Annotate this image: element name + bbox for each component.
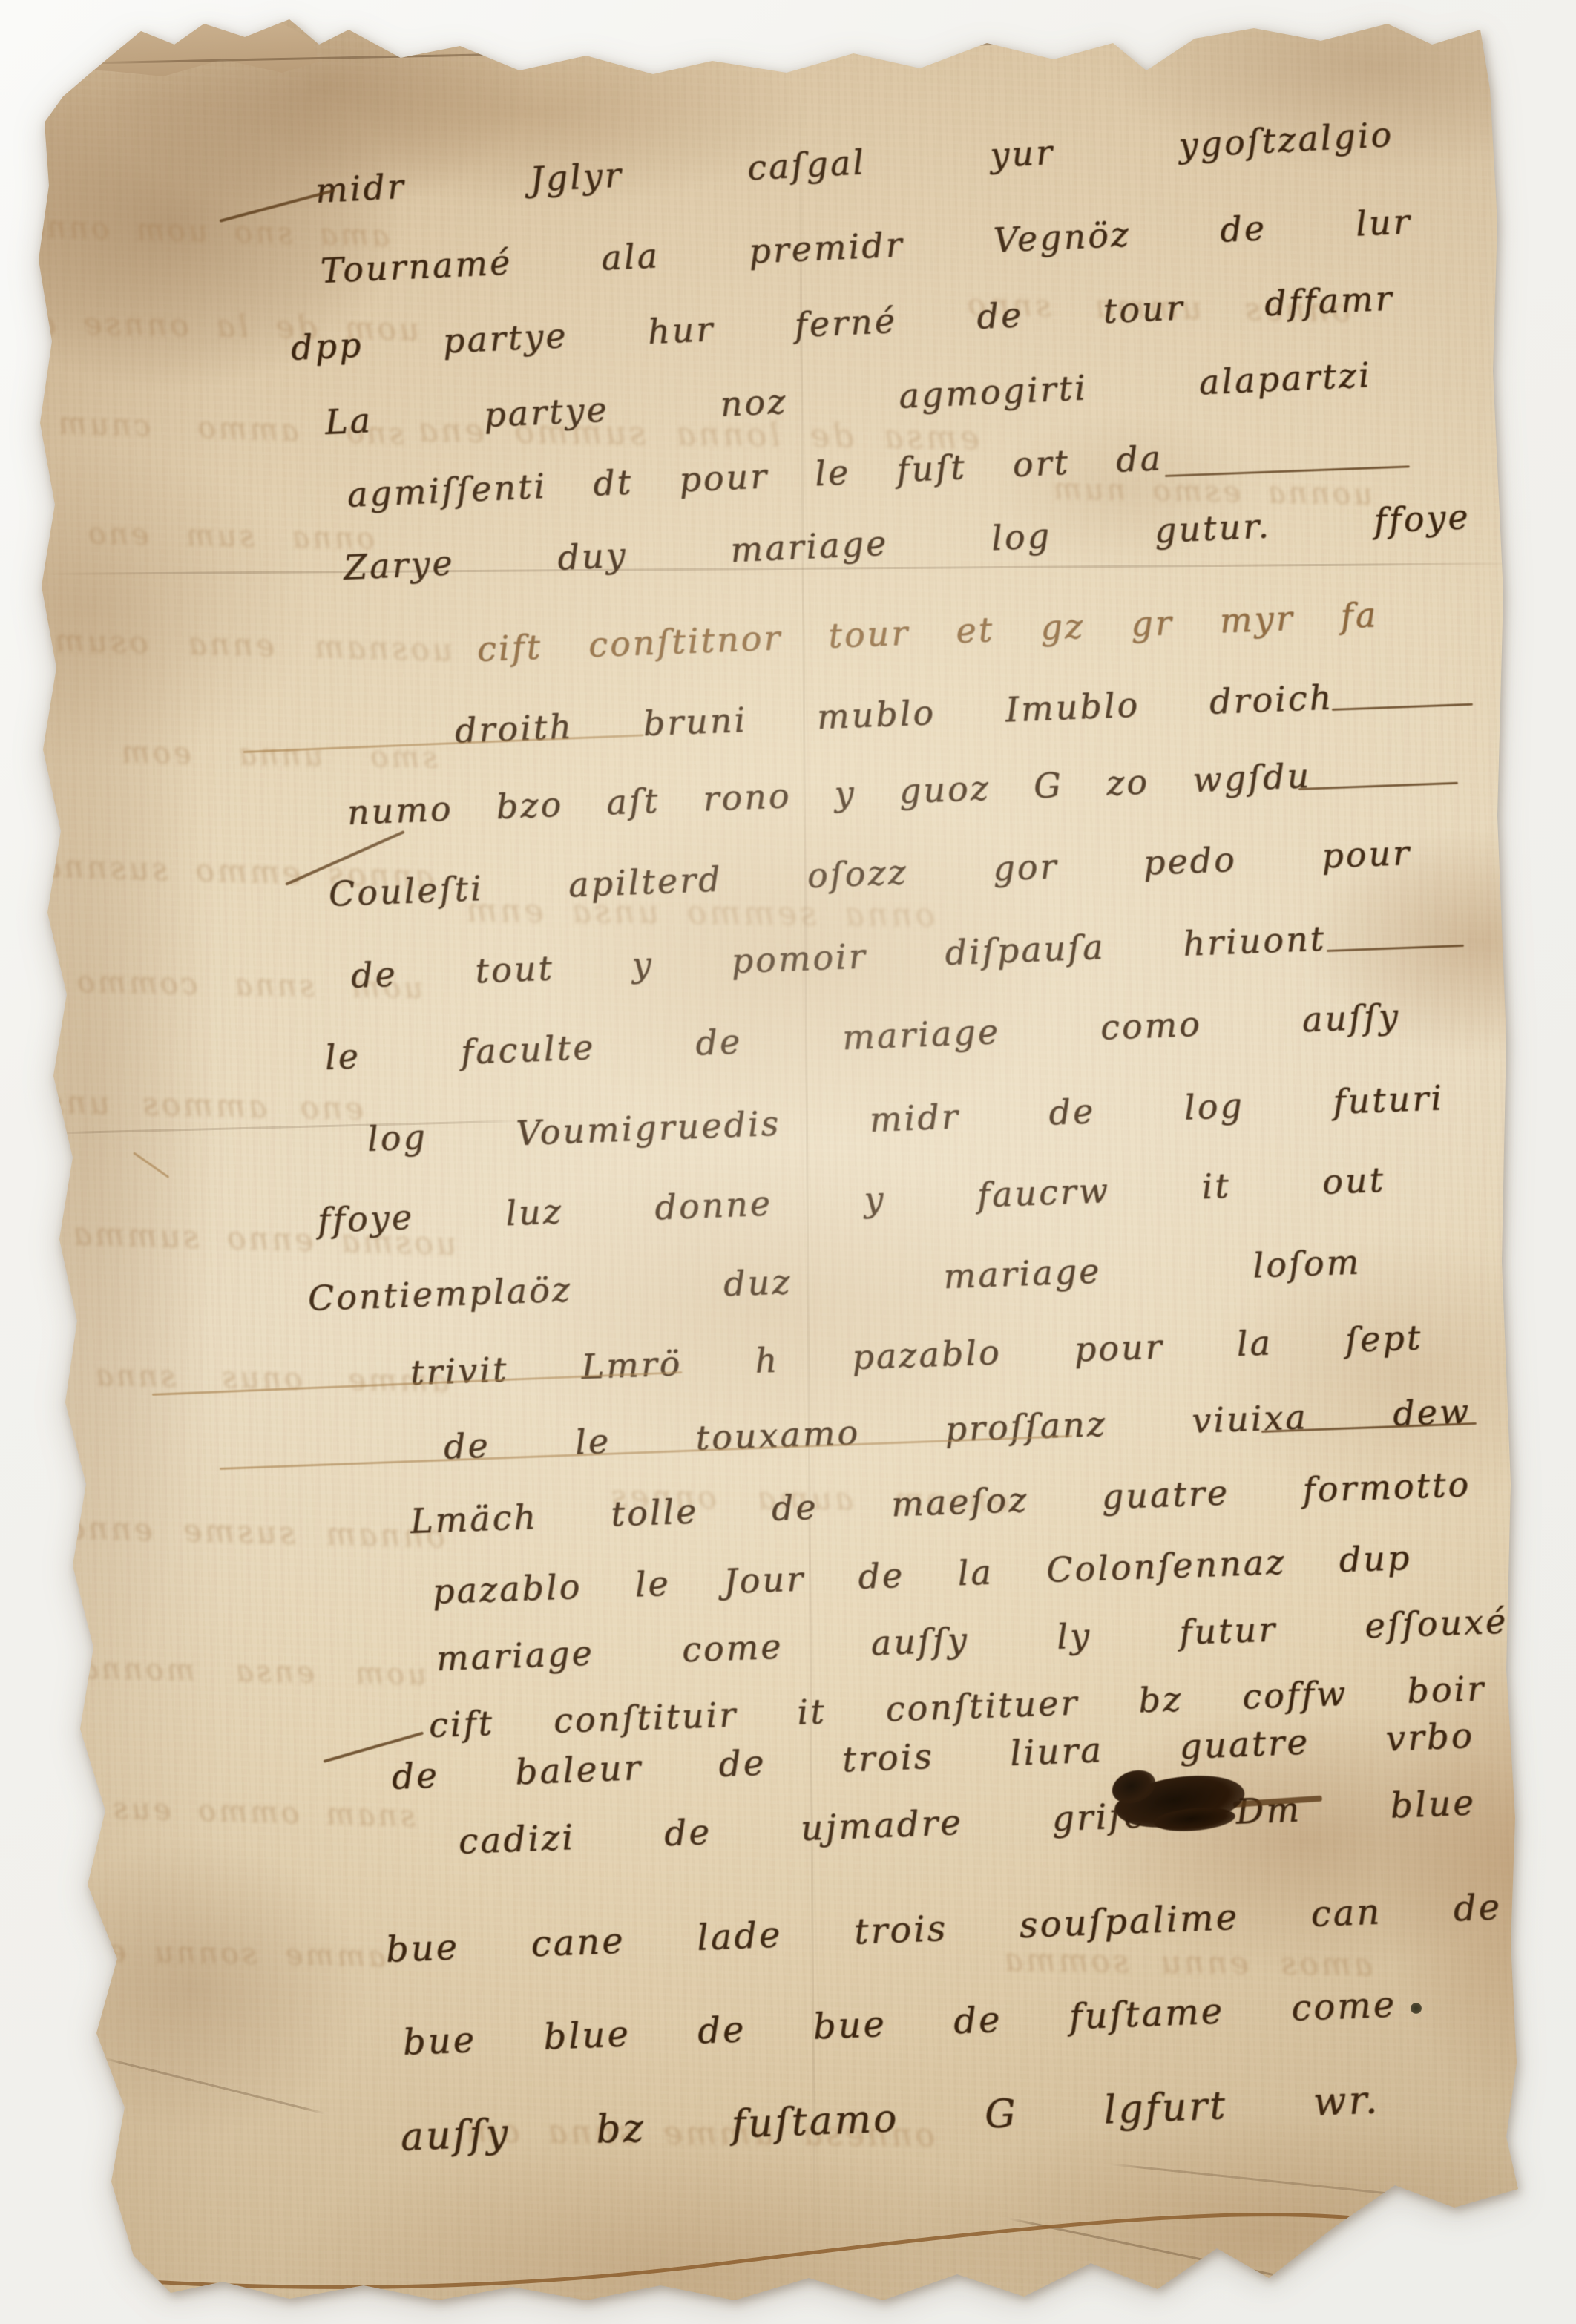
paper-shadow-wrap: ama sno uom onnauom de la onnse amsno am… (0, 0, 1576, 2324)
scan-background: ama sno uom onnauom de la onnse amsno am… (0, 0, 1576, 2324)
edge-vignette (0, 0, 1576, 2324)
manuscript-page: ama sno uom onnauom de la onnse amsno am… (0, 0, 1576, 2324)
